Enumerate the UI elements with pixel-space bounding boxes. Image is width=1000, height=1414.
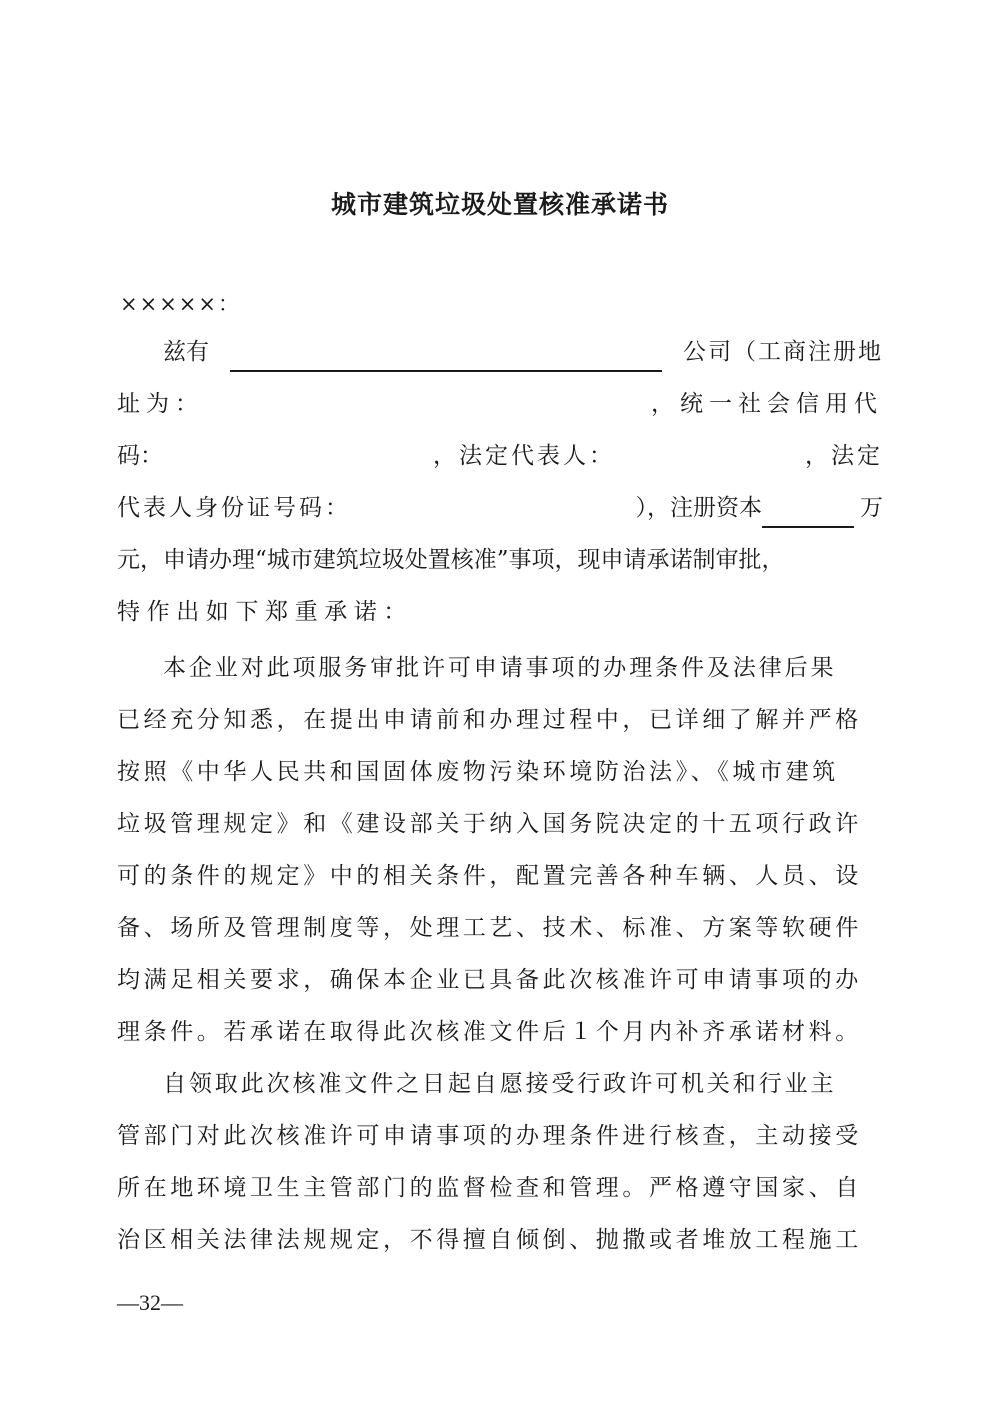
legal-rep-suffix: ，法定 — [805, 436, 883, 476]
code-label: 码： — [117, 436, 163, 476]
capital-blank[interactable] — [762, 498, 854, 528]
intro-suffix: 公司（工商注册地 — [683, 332, 883, 372]
credit-code-label: ，统一社会信用代 — [651, 384, 883, 424]
paragraph-text: 备、场所及管理制度等，处理工艺、技术、标准、方案等软硬件 — [117, 908, 862, 948]
paragraph-1-line: 垃圾管理规定》和《建设部关于纳入国务院决定的十五项行政许 — [117, 804, 883, 844]
paragraph-1-line: 理条件。若承诺在取得此次核准文件后１个月内补齐承诺材料。 — [117, 1012, 883, 1052]
paragraph-1-line: 本企业对此项服务审批许可申请事项的办理条件及法律后果 — [163, 648, 883, 688]
document-title: 城市建筑垃圾处置核准承诺书 — [0, 185, 1000, 221]
page-number: —32— — [117, 1290, 183, 1316]
paragraph-text: 垃圾管理规定》和《建设部关于纳入国务院决定的十五项行政许 — [117, 804, 862, 844]
paragraph-2-line: 治区相关法律法规规定，不得擅自倾倒、抛撒或者堆放工程施工 — [117, 1220, 883, 1260]
paragraph-2-line: 管部门对此次核准许可申请事项的办理条件进行核查，主动接受 — [117, 1116, 883, 1156]
intro-text: 特作出如下郑重承诺： — [117, 592, 413, 632]
paragraph-text: 治区相关法律法规规定，不得擅自倾倒、抛撒或者堆放工程施工 — [117, 1220, 862, 1260]
paragraph-text: 管部门对此次核准许可申请事项的办理条件进行核查，主动接受 — [117, 1116, 862, 1156]
capital-label: ），注册资本 — [636, 488, 763, 528]
paragraph-text: 自领取此次核准文件之日起自愿接受行政许可机关和行业主 — [163, 1064, 836, 1104]
paragraph-1-line: 按照《中华人民共和国固体废物污染环境防治法》、《城市建筑 — [117, 752, 883, 792]
id-number-label: 代表人身份证号码： — [117, 488, 351, 528]
legal-rep-label: ，法定代表人： — [433, 436, 615, 476]
addressee: ×××××： — [120, 288, 241, 318]
capital-unit: 万 — [860, 488, 883, 528]
paragraph-1-line: 可的条件的规定》中的相关条件，配置完善各种车辆、人员、设 — [117, 856, 883, 896]
address-label: 址为： — [117, 384, 204, 424]
paragraph-1-line: 备、场所及管理制度等，处理工艺、技术、标准、方案等软硬件 — [117, 908, 883, 948]
paragraph-text: 可的条件的规定》中的相关条件，配置完善各种车辆、人员、设 — [117, 856, 862, 896]
intro-line-4: 代表人身份证号码： ），注册资本 万 — [117, 488, 883, 528]
intro-line-3: 码： ，法定代表人： ，法定 — [117, 436, 883, 476]
intro-prefix: 兹有 — [163, 332, 209, 372]
intro-text: 元，申请办理“城市建筑垃圾处置核准”事项，现申请承诺制审批， — [117, 540, 785, 580]
intro-line-6: 特作出如下郑重承诺： — [117, 592, 883, 632]
paragraph-1-line: 已经充分知悉，在提出申请前和办理过程中，已详细了解并严格 — [117, 700, 883, 740]
paragraph-1-line: 均满足相关要求，确保本企业已具备此次核准许可申请事项的办 — [117, 960, 883, 1000]
intro-line-5: 元，申请办理“城市建筑垃圾处置核准”事项，现申请承诺制审批， — [117, 540, 883, 580]
paragraph-2-line: 所在地环境卫生主管部门的监督检查和管理。严格遵守国家、自 — [117, 1168, 883, 1208]
intro-line-2: 址为： ，统一社会信用代 — [117, 384, 883, 424]
paragraph-text: 已经充分知悉，在提出申请前和办理过程中，已详细了解并严格 — [117, 700, 862, 740]
paragraph-text: 本企业对此项服务审批许可申请事项的办理条件及法律后果 — [163, 648, 836, 688]
intro-line-1: 兹有 公司（工商注册地 — [163, 332, 883, 372]
paragraph-2-line: 自领取此次核准文件之日起自愿接受行政许可机关和行业主 — [163, 1064, 883, 1104]
paragraph-text: 按照《中华人民共和国固体废物污染环境防治法》、《城市建筑 — [117, 752, 839, 792]
company-name-blank[interactable] — [230, 342, 662, 372]
paragraph-text: 均满足相关要求，确保本企业已具备此次核准许可申请事项的办 — [117, 960, 862, 1000]
paragraph-text: 所在地环境卫生主管部门的监督检查和管理。严格遵守国家、自 — [117, 1168, 862, 1208]
paragraph-text: 理条件。若承诺在取得此次核准文件后１个月内补齐承诺材料。 — [117, 1012, 862, 1052]
